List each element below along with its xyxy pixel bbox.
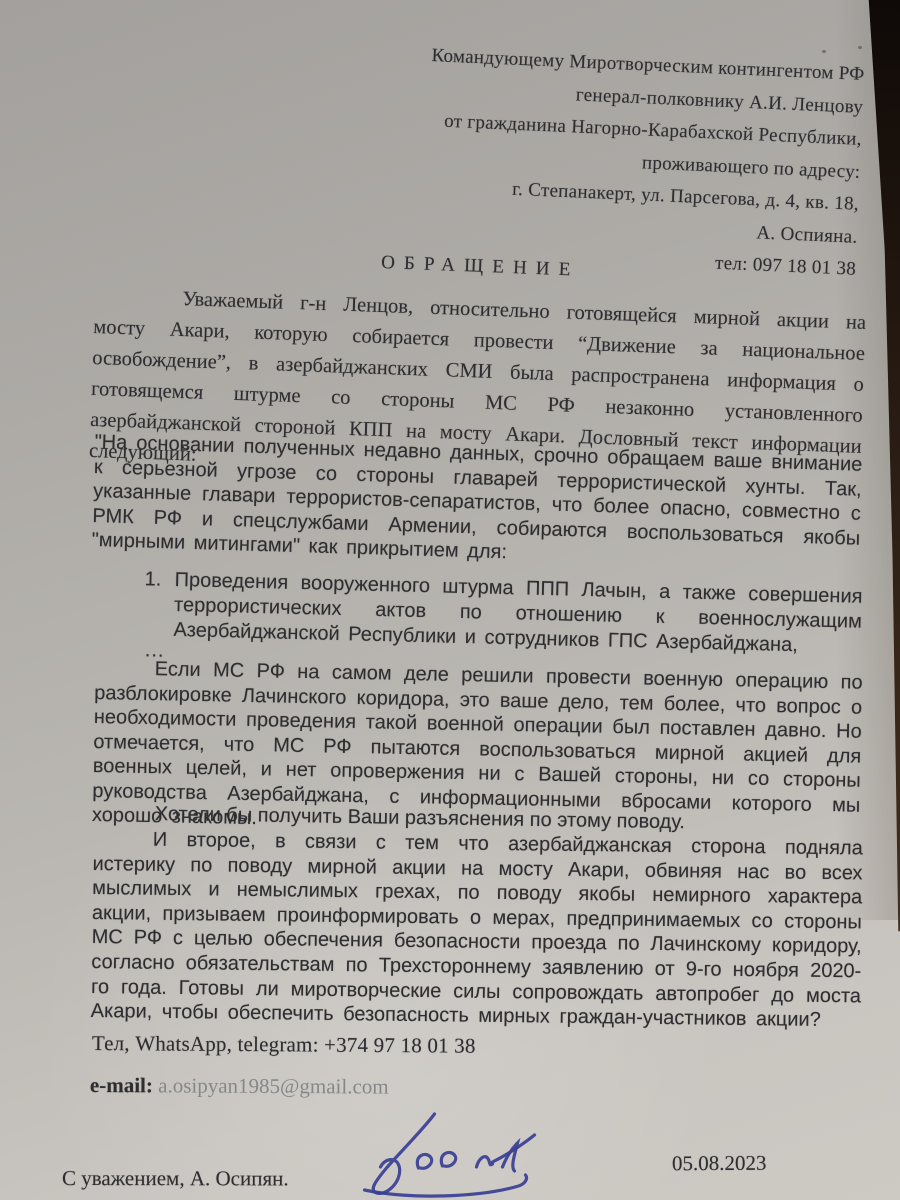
- table-surface-edge: [866, 0, 900, 960]
- paper-speck: [822, 50, 826, 53]
- paper-speck: [858, 46, 862, 49]
- scanned-letter-photo: Командующему Миротворческим контингентом…: [0, 0, 900, 1200]
- paragraph-second-point: И второе, в связи с тем что азербайджанс…: [91, 827, 863, 1033]
- list-item-number: 1.: [143, 567, 175, 642]
- paragraph-quoted-information: "На основании полученных недавно данных,…: [91, 430, 862, 575]
- contact-email-line: e-mail: a.osipyan1985@gmail.com: [90, 1073, 690, 1101]
- email-label: e-mail:: [90, 1073, 153, 1097]
- signoff-text: С уважением, А. Осипян.: [62, 1166, 382, 1192]
- document-date: 05.08.2023: [672, 1151, 767, 1176]
- contact-phone-line: Тел, WhatsApp, telegram: +374 97 18 01 3…: [92, 1031, 692, 1060]
- handwritten-signature-icon: [356, 1110, 552, 1200]
- email-address: a.osipyan1985@gmail.com: [158, 1073, 389, 1098]
